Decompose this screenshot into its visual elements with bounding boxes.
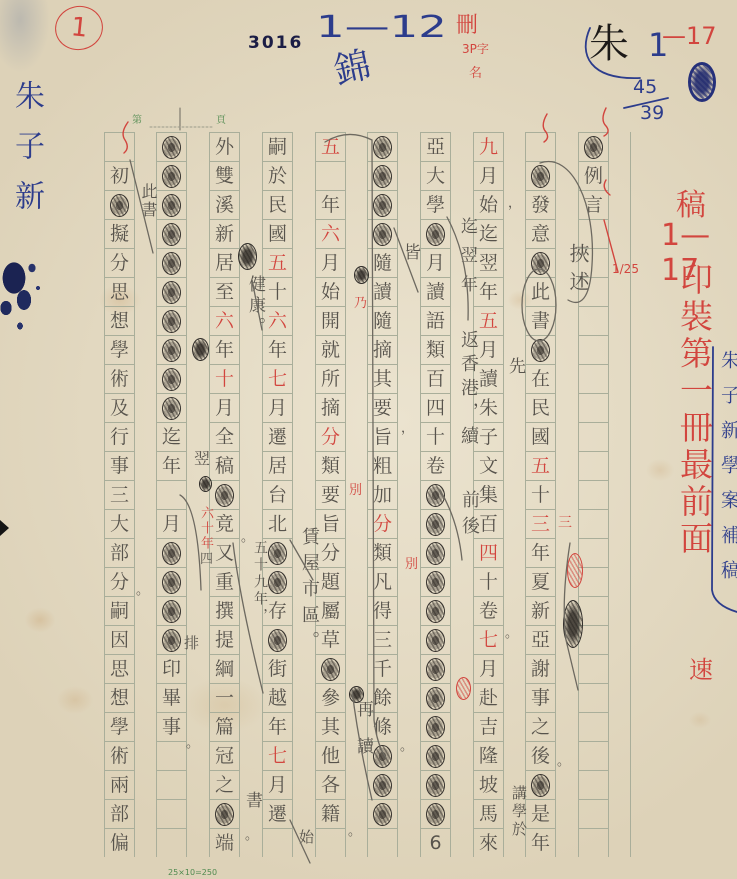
manuscript-character: 居: [263, 452, 292, 481]
manuscript-character: 讀: [368, 278, 397, 307]
struck-out-character: [421, 568, 450, 597]
manuscript-character: 民: [526, 394, 555, 423]
manuscript-character: 坡: [474, 771, 503, 800]
manuscript-character: 擬: [105, 220, 134, 249]
manuscript-character: 初: [105, 162, 134, 191]
manuscript-character: 三: [105, 481, 134, 510]
manuscript-character: 嗣: [105, 597, 134, 626]
manuscript-character: 術: [105, 365, 134, 394]
manuscript-character: [316, 162, 345, 191]
manuscript-character: 四: [474, 539, 503, 568]
punctuation-period: 。: [136, 579, 149, 598]
manuscript-character: 畢: [157, 684, 186, 713]
manuscript-character: 一: [210, 684, 239, 713]
struck-out-character: [157, 539, 186, 568]
punctuation-period: 。: [400, 735, 413, 754]
manuscript-column-6: 五年六月始開就所摘分類要旨分題屬草參其他各籍: [315, 132, 346, 857]
manuscript-character: 綱: [210, 655, 239, 684]
struck-out-character: [579, 133, 608, 162]
manuscript-character: 之: [210, 771, 239, 800]
manuscript-character: 隨: [368, 249, 397, 278]
manuscript-character: 五: [526, 452, 555, 481]
struck-mark: [349, 686, 364, 703]
struck-out-character: [421, 655, 450, 684]
stamp-number: 3016: [248, 33, 303, 53]
manuscript-character: 分: [105, 249, 134, 278]
manuscript-character: 類: [316, 452, 345, 481]
manuscript-character: 參: [316, 684, 345, 713]
interlinear-note: 挾述: [564, 243, 593, 299]
manuscript-character: 年: [263, 713, 292, 742]
manuscript-character: 始: [316, 278, 345, 307]
struck-mark: [238, 243, 257, 270]
red-correction-mark: 三: [558, 512, 572, 532]
manuscript-page: 1 3016 1—12 錦 刪 3P字 名 朱 1 —17 45 39 第 頁 …: [0, 0, 737, 879]
struck-out-character: [157, 336, 186, 365]
fraction-bottom: 39: [640, 102, 664, 124]
manuscript-character: 提: [210, 626, 239, 655]
manuscript-character: 至: [210, 278, 239, 307]
manuscript-character: 分: [368, 510, 397, 539]
manuscript-character: 百: [421, 365, 450, 394]
manuscript-character: 在: [526, 365, 555, 394]
struck-out-character: [421, 539, 450, 568]
manuscript-character: 兩: [105, 771, 134, 800]
manuscript-character: [105, 133, 134, 162]
manuscript-character: 溪: [210, 191, 239, 220]
paper-grid-spec: 25×10=250: [168, 868, 217, 877]
manuscript-character: 十: [474, 568, 503, 597]
manuscript-character: 重: [210, 568, 239, 597]
struck-mark: [563, 600, 583, 648]
manuscript-character: 七: [474, 626, 503, 655]
manuscript-character: 於: [263, 162, 292, 191]
manuscript-character: 居: [210, 249, 239, 278]
manuscript-character: 遷: [263, 423, 292, 452]
paper-page-label-prefix: 第: [132, 111, 142, 126]
manuscript-character: 三: [526, 510, 555, 539]
punctuation-period: 。: [348, 820, 361, 839]
top-right-label: 朱: [589, 12, 629, 69]
manuscript-character: 月: [157, 510, 186, 539]
manuscript-character: [368, 829, 397, 858]
manuscript-character: 部: [105, 800, 134, 829]
manuscript-character: 言: [579, 191, 608, 220]
manuscript-character: 四: [421, 394, 450, 423]
right-margin-red-instruction: 印裝第一冊最前面: [671, 262, 718, 558]
red-correction-mark: 別: [405, 553, 418, 572]
manuscript-character: 國: [526, 423, 555, 452]
manuscript-character: 及: [105, 394, 134, 423]
manuscript-character: 6: [421, 829, 450, 858]
struck-out-character: [157, 278, 186, 307]
interlinear-note: 排: [184, 632, 199, 653]
manuscript-character: 各: [316, 771, 345, 800]
right-margin-blue-note: 朱子新學案補稿: [716, 350, 737, 595]
red-note-line1: 刪: [456, 8, 478, 39]
manuscript-character: 九: [474, 133, 503, 162]
manuscript-character: 夏: [526, 568, 555, 597]
red-struck-mark: [567, 553, 583, 588]
manuscript-character: 撰: [210, 597, 239, 626]
manuscript-character: [157, 829, 186, 858]
manuscript-character: 得: [368, 597, 397, 626]
manuscript-character: 十: [210, 365, 239, 394]
struck-out-character: [105, 191, 134, 220]
struck-out-character: [526, 336, 555, 365]
struck-out-character: [368, 162, 397, 191]
left-margin-note: 朱子新: [4, 80, 48, 230]
manuscript-character: 年: [526, 829, 555, 858]
manuscript-character: 學: [105, 713, 134, 742]
struck-mark: [192, 338, 209, 361]
struck-out-character: [210, 800, 239, 829]
manuscript-character: 月: [421, 249, 450, 278]
interlinear-note: 講學於: [509, 785, 530, 839]
manuscript-character: 吉: [474, 713, 503, 742]
manuscript-character: 隨: [368, 307, 397, 336]
manuscript-character: 學: [105, 336, 134, 365]
manuscript-character: 月: [474, 162, 503, 191]
manuscript-character: 粗: [368, 452, 397, 481]
interlinear-note: 先: [509, 352, 526, 377]
manuscript-character: 例: [579, 162, 608, 191]
struck-out-character: [157, 568, 186, 597]
manuscript-character: 迄: [157, 423, 186, 452]
manuscript-character: 新: [526, 597, 555, 626]
interlinear-note: 健康。: [243, 275, 268, 338]
manuscript-character: 是: [526, 800, 555, 829]
manuscript-character: 越: [263, 684, 292, 713]
manuscript-character: 文: [474, 452, 503, 481]
manuscript-character: 開: [316, 307, 345, 336]
red-note-line2: 3P字: [462, 40, 489, 57]
manuscript-character: 六: [316, 220, 345, 249]
struck-out-character: [421, 481, 450, 510]
manuscript-character: 他: [316, 742, 345, 771]
manuscript-character: 發: [526, 191, 555, 220]
punctuation-comma: ，: [508, 192, 521, 211]
manuscript-character: 遷: [263, 800, 292, 829]
manuscript-character: [157, 800, 186, 829]
struck-out-character: [157, 249, 186, 278]
manuscript-character: 要: [368, 394, 397, 423]
manuscript-character: 讀: [421, 278, 450, 307]
manuscript-character: 謝: [526, 655, 555, 684]
manuscript-character: 加: [368, 481, 397, 510]
manuscript-character: 類: [421, 336, 450, 365]
manuscript-character: 之: [526, 713, 555, 742]
manuscript-character: 思: [105, 655, 134, 684]
manuscript-character: 所: [316, 365, 345, 394]
file-code: 1—12: [316, 10, 447, 45]
struck-out-character: [421, 742, 450, 771]
struck-out-character: [526, 771, 555, 800]
manuscript-character: 月: [474, 655, 503, 684]
manuscript-character: 月: [263, 771, 292, 800]
manuscript-character: 類: [368, 539, 397, 568]
red-correction-mark: 別: [349, 479, 362, 498]
manuscript-character: 來: [474, 829, 503, 858]
struck-out-character: [368, 771, 397, 800]
circled-page-number: 1: [51, 1, 107, 54]
interlinear-note: 皆: [404, 238, 421, 263]
blue-scribble-mark: [688, 62, 716, 102]
manuscript-character: 篇: [210, 713, 239, 742]
manuscript-character: 行: [105, 423, 134, 452]
manuscript-character: 新: [210, 220, 239, 249]
red-page-ref: 1/25: [612, 262, 639, 276]
manuscript-character: [157, 771, 186, 800]
manuscript-character: 民: [263, 191, 292, 220]
manuscript-character: 旨: [368, 423, 397, 452]
manuscript-character: 台: [263, 481, 292, 510]
manuscript-character: 稿: [210, 452, 239, 481]
struck-out-character: [316, 655, 345, 684]
manuscript-character: 冠: [210, 742, 239, 771]
punctuation-period: 。: [186, 732, 199, 751]
manuscript-character: 年: [157, 452, 186, 481]
manuscript-character: 語: [421, 307, 450, 336]
manuscript-character: 想: [105, 307, 134, 336]
manuscript-character: [157, 742, 186, 771]
manuscript-character: 六: [210, 307, 239, 336]
manuscript-character: 五: [316, 133, 345, 162]
red-correction-mark: 乃: [354, 292, 367, 311]
manuscript-character: 分: [105, 568, 134, 597]
manuscript-character: 赴: [474, 684, 503, 713]
interlinear-note: 始: [299, 826, 314, 847]
manuscript-character: 千: [368, 655, 397, 684]
struck-out-character: [157, 191, 186, 220]
red-struck-mark: [456, 677, 471, 700]
manuscript-column-2: 發意此書在民國五十三年夏新亞謝事之後是年: [525, 132, 556, 857]
struck-out-character: [157, 133, 186, 162]
manuscript-character: [263, 829, 292, 858]
edge-mark: [0, 520, 9, 536]
manuscript-character: 籍: [316, 800, 345, 829]
manuscript-character: 大: [421, 162, 450, 191]
manuscript-character: 學: [421, 191, 450, 220]
manuscript-character: 年: [316, 191, 345, 220]
manuscript-character: 術: [105, 742, 134, 771]
red-correction-mark: 六十年: [196, 506, 215, 551]
punctuation-period: 。: [557, 750, 570, 769]
interlinear-note: 賃屋市區。: [296, 527, 322, 657]
struck-out-character: [526, 249, 555, 278]
interlinear-note: 翌: [194, 446, 210, 469]
manuscript-character: 凡: [368, 568, 397, 597]
interlinear-note: 再讀: [351, 700, 376, 774]
manuscript-character: 七: [263, 365, 292, 394]
manuscript-character: 月: [210, 394, 239, 423]
struck-out-character: [263, 626, 292, 655]
manuscript-character: 雙: [210, 162, 239, 191]
manuscript-character: 亞: [421, 133, 450, 162]
manuscript-character: 卷: [421, 452, 450, 481]
punctuation-period: 。: [245, 824, 258, 843]
struck-out-character: [157, 626, 186, 655]
manuscript-character: 意: [526, 220, 555, 249]
manuscript-character: 卷: [474, 597, 503, 626]
interlinear-note: 書: [246, 786, 263, 811]
manuscript-column-9: 迄年月印畢事: [156, 132, 187, 857]
struck-out-character: [157, 597, 186, 626]
manuscript-character: 月: [316, 249, 345, 278]
manuscript-character: 年: [263, 336, 292, 365]
manuscript-character: 街: [263, 655, 292, 684]
struck-out-character: [368, 191, 397, 220]
struck-out-character: [368, 133, 397, 162]
manuscript-character: 始: [474, 191, 503, 220]
struck-out-character: [421, 684, 450, 713]
manuscript-character: 七: [263, 742, 292, 771]
struck-out-character: [421, 597, 450, 626]
interlinear-note: 迄翌年: [455, 217, 480, 304]
manuscript-character: 其: [316, 713, 345, 742]
struck-mark: [199, 476, 212, 492]
manuscript-character: 全: [210, 423, 239, 452]
manuscript-character: 嗣: [263, 133, 292, 162]
interlinear-note: 此書: [137, 183, 160, 219]
struck-out-character: [368, 220, 397, 249]
manuscript-character: 此: [526, 278, 555, 307]
struck-out-character: [421, 510, 450, 539]
manuscript-character: 其: [368, 365, 397, 394]
right-margin-urgent-mark: 速: [689, 650, 713, 685]
manuscript-character: 年: [526, 539, 555, 568]
manuscript-character: 十: [421, 423, 450, 452]
manuscript-character: 月: [263, 394, 292, 423]
manuscript-character: 外: [210, 133, 239, 162]
ink-blot: [0, 238, 42, 338]
interlinear-note: 返香港，續: [455, 330, 481, 450]
manuscript-character: 亞: [526, 626, 555, 655]
struck-mark: [354, 266, 369, 284]
manuscript-character: 三: [368, 626, 397, 655]
manuscript-character: 事: [157, 713, 186, 742]
paper-page-label-suffix: 頁: [216, 111, 226, 126]
manuscript-character: 十: [526, 481, 555, 510]
punctuation-period: 。: [241, 526, 254, 545]
manuscript-character: [316, 829, 345, 858]
manuscript-character: 想: [105, 684, 134, 713]
manuscript-column-1: 例言: [578, 132, 609, 857]
manuscript-character: 事: [526, 684, 555, 713]
fraction-top: 45: [633, 76, 657, 98]
struck-out-character: [526, 162, 555, 191]
manuscript-character: 分: [316, 423, 345, 452]
manuscript-column-4: 亞大學月讀語類百四十卷6: [420, 132, 451, 857]
struck-out-character: [421, 800, 450, 829]
manuscript-character: 北: [263, 510, 292, 539]
struck-out-character: [421, 220, 450, 249]
manuscript-character: 端: [210, 829, 239, 858]
struck-out-character: [157, 162, 186, 191]
punctuation-period: 。: [505, 622, 518, 641]
struck-out-character: [421, 713, 450, 742]
manuscript-character: 就: [316, 336, 345, 365]
manuscript-character: 事: [105, 452, 134, 481]
struck-out-character: [421, 771, 450, 800]
interlinear-note: 前後: [456, 490, 482, 542]
red-note-line3: 名: [469, 62, 482, 81]
manuscript-character: 因: [105, 626, 134, 655]
manuscript-character: 摘: [316, 394, 345, 423]
grid-frame-right: [630, 132, 631, 857]
manuscript-character: 五: [263, 249, 292, 278]
struck-out-character: [421, 626, 450, 655]
manuscript-character: 印: [157, 655, 186, 684]
manuscript-character: 部: [105, 539, 134, 568]
interlinear-note: 五十九年，: [250, 540, 270, 625]
manuscript-character: 馬: [474, 800, 503, 829]
manuscript-character: [526, 133, 555, 162]
manuscript-character: 思: [105, 278, 134, 307]
manuscript-character: 國: [263, 220, 292, 249]
manuscript-character: 年: [210, 336, 239, 365]
manuscript-character: 要: [316, 481, 345, 510]
struck-out-character: [157, 365, 186, 394]
struck-out-character: [368, 800, 397, 829]
manuscript-character: 書: [526, 307, 555, 336]
manuscript-column-7: 嗣於民國五十六年七月遷居台北存街越年七月遷: [262, 132, 293, 857]
manuscript-character: 大: [105, 510, 134, 539]
punctuation-comma: ，: [401, 417, 414, 436]
manuscript-column-8: 外雙溪新居至六年十月全稿竟又重撰提綱一篇冠之端: [209, 132, 240, 857]
file-code-char: 錦: [329, 37, 375, 94]
struck-out-character: [157, 394, 186, 423]
manuscript-character: 摘: [368, 336, 397, 365]
manuscript-character: 後: [526, 742, 555, 771]
top-right-range: —17: [662, 22, 717, 50]
manuscript-character: [157, 481, 186, 510]
page-number: 1: [69, 12, 89, 44]
struck-out-character: [157, 307, 186, 336]
manuscript-column-10: 初擬分思想學術及行事三大部分嗣因思想學術兩部偏: [104, 132, 135, 857]
struck-out-character: [157, 220, 186, 249]
manuscript-character: 隆: [474, 742, 503, 771]
manuscript-character: 偏: [105, 829, 134, 858]
